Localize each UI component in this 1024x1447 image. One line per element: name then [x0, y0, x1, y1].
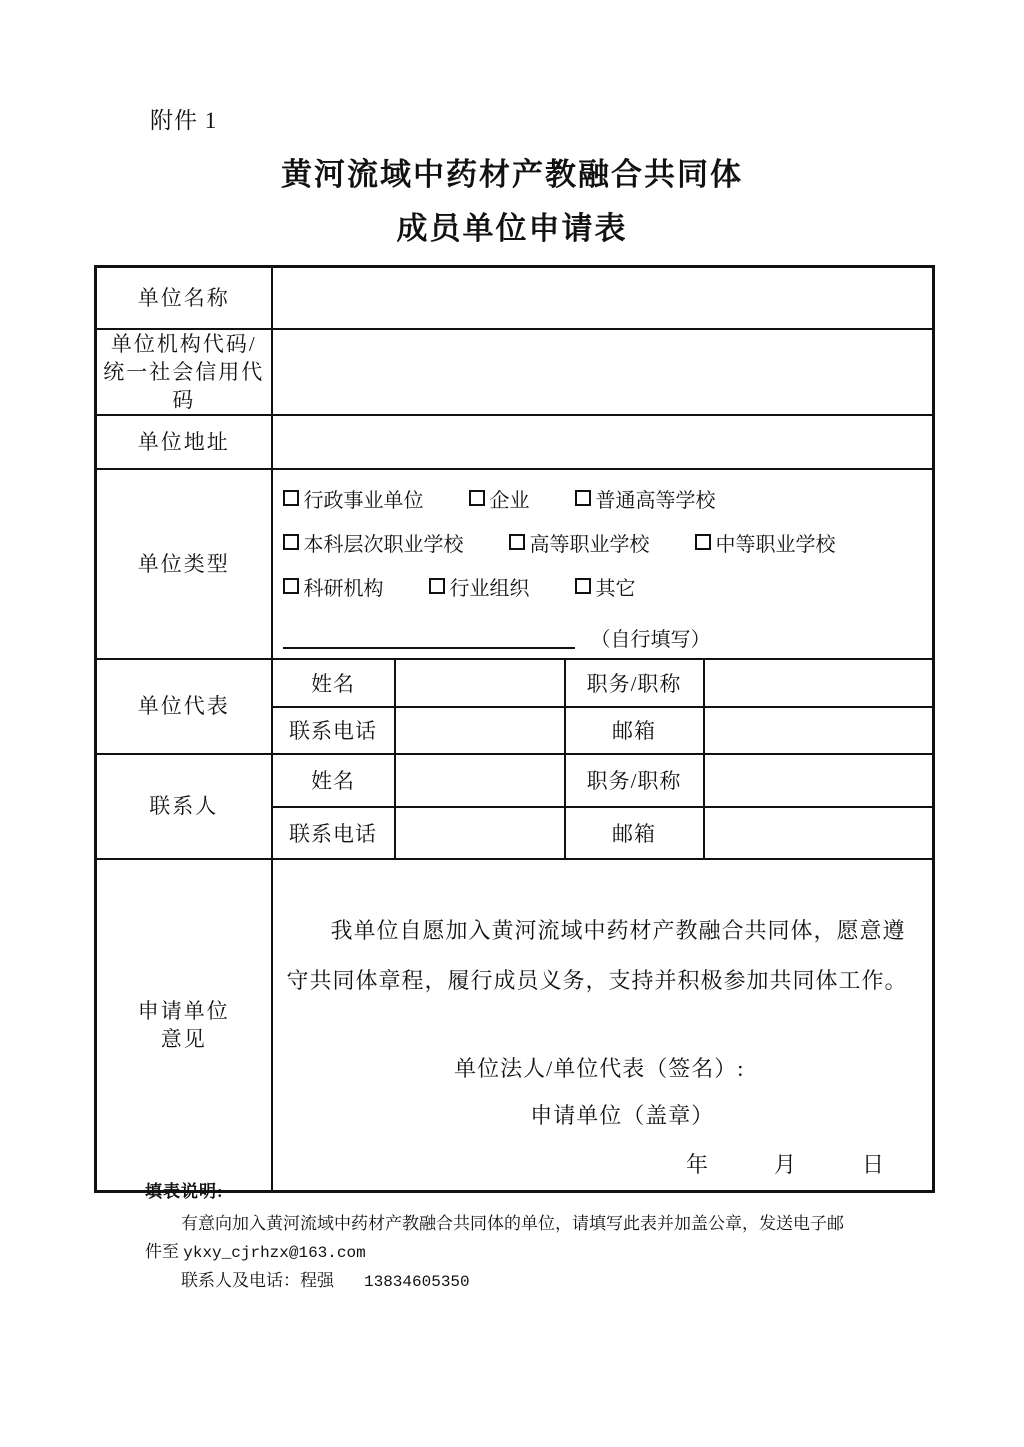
unit-code-label-line2: 统一社会信用代码: [97, 358, 271, 414]
rep-name-label: 姓名: [272, 659, 395, 707]
contact-name-label: 姓名: [272, 754, 395, 807]
checkbox-option-enterprise[interactable]: 企业: [469, 484, 530, 513]
contact-name-field[interactable]: [395, 754, 565, 807]
contact-phone-field[interactable]: [395, 807, 565, 859]
opinion-statement-line2: 守共同体章程，履行成员义务，支持并积极参加共同体工作。: [287, 956, 913, 1006]
opinion-label: 申请单位 意见: [96, 859, 272, 1192]
table-row: 单位代表 姓名 职务/职称: [96, 659, 934, 707]
date-line: 年 月 日: [287, 1148, 913, 1179]
contact-title-label: 职务/职称: [565, 754, 704, 807]
notes-body-line1: 有意向加入黄河流域中药材产教融合共同体的单位，请填写此表并加盖公章，发送电子邮: [145, 1210, 905, 1238]
checkbox-option-undergrad-vocational[interactable]: 本科层次职业学校: [283, 528, 464, 557]
unit-type-label: 单位类型: [96, 469, 272, 659]
other-fill-line: （自行填写）: [283, 623, 933, 652]
checkbox-option-secondary-vocational[interactable]: 中等职业学校: [695, 528, 836, 557]
unit-name-field[interactable]: [272, 267, 934, 329]
rep-email-field[interactable]: [704, 707, 934, 754]
contact-email-label: 邮箱: [565, 807, 704, 859]
unit-rep-label: 单位代表: [96, 659, 272, 754]
rep-phone-label: 联系电话: [272, 707, 395, 754]
checkbox-label: 中等职业学校: [716, 528, 836, 557]
opinion-statement-line1: 我单位自愿加入黄河流域中药材产教融合共同体，愿意遵: [287, 906, 913, 956]
notes-contact-prefix: 联系人及电话：程强: [181, 1271, 334, 1290]
checkbox-label: 高等职业学校: [530, 528, 650, 557]
rep-title-field[interactable]: [704, 659, 934, 707]
unit-type-options-row3: 科研机构 行业组织 其它: [283, 572, 933, 601]
checkbox-option-other[interactable]: 其它: [575, 572, 636, 601]
checkbox-icon[interactable]: [283, 534, 299, 550]
attachment-label: 附件 1: [150, 102, 217, 135]
checkbox-icon[interactable]: [695, 534, 711, 550]
rep-title-label: 职务/职称: [565, 659, 704, 707]
checkbox-option-research[interactable]: 科研机构: [283, 572, 384, 601]
checkbox-label: 企业: [490, 484, 530, 513]
footer-notes: 填表说明: 有意向加入黄河流域中药材产教融合共同体的单位，请填写此表并加盖公章，…: [145, 1178, 905, 1296]
page-title-line1: 黄河流域中药材产教融合共同体: [0, 148, 1024, 202]
unit-type-options-row1: 行政事业单位 企业 普通高等学校: [283, 484, 933, 513]
rep-email-label: 邮箱: [565, 707, 704, 754]
contact-email-field[interactable]: [704, 807, 934, 859]
signature-line: 单位法人/单位代表（签名）:: [287, 1052, 913, 1083]
other-fill-hint: （自行填写）: [591, 623, 711, 652]
unit-code-label: 单位机构代码/ 统一社会信用代码: [96, 329, 272, 415]
table-row: 单位类型 行政事业单位 企业 普通高等学校 本科层次职业学校 高等职业学校 中等…: [96, 469, 934, 659]
checkbox-icon[interactable]: [509, 534, 525, 550]
checkbox-icon[interactable]: [469, 490, 485, 506]
checkbox-label: 普通高等学校: [596, 484, 716, 513]
notes-email: ykxy_cjrhzx@163.com: [183, 1244, 365, 1262]
unit-address-label: 单位地址: [96, 415, 272, 469]
unit-type-options: 行政事业单位 企业 普通高等学校 本科层次职业学校 高等职业学校 中等职业学校 …: [272, 469, 934, 659]
notes-heading: 填表说明:: [145, 1178, 905, 1206]
rep-name-field[interactable]: [395, 659, 565, 707]
page-title: 黄河流域中药材产教融合共同体 成员单位申请表: [0, 148, 1024, 256]
notes-body: 有意向加入黄河流域中药材产教融合共同体的单位，请填写此表并加盖公章，发送电子邮 …: [145, 1210, 905, 1296]
checkbox-icon[interactable]: [283, 578, 299, 594]
rep-phone-field[interactable]: [395, 707, 565, 754]
contact-label: 联系人: [96, 754, 272, 859]
opinion-label-line1: 申请单位: [97, 997, 271, 1025]
checkbox-label: 行业组织: [450, 572, 530, 601]
checkbox-label: 其它: [596, 572, 636, 601]
table-row: 单位名称: [96, 267, 934, 329]
unit-code-label-line1: 单位机构代码/: [97, 330, 271, 358]
checkbox-label: 行政事业单位: [304, 484, 424, 513]
checkbox-option-industry-org[interactable]: 行业组织: [429, 572, 530, 601]
notes-body-line2-prefix: 件至: [145, 1242, 183, 1261]
unit-code-field[interactable]: [272, 329, 934, 415]
opinion-label-line2: 意见: [97, 1025, 271, 1053]
checkbox-icon[interactable]: [575, 490, 591, 506]
checkbox-option-higher-vocational[interactable]: 高等职业学校: [509, 528, 650, 557]
checkbox-icon[interactable]: [575, 578, 591, 594]
seal-line: 申请单位（盖章）: [287, 1099, 913, 1130]
checkbox-label: 科研机构: [304, 572, 384, 601]
page-title-line2: 成员单位申请表: [0, 202, 1024, 256]
table-row: 申请单位 意见 我单位自愿加入黄河流域中药材产教融合共同体，愿意遵 守共同体章程…: [96, 859, 934, 1192]
contact-title-field[interactable]: [704, 754, 934, 807]
notes-body-line2: 件至 ykxy_cjrhzx@163.com: [145, 1238, 905, 1267]
contact-phone-label: 联系电话: [272, 807, 395, 859]
table-row: 联系人 姓名 职务/职称: [96, 754, 934, 807]
opinion-content: 我单位自愿加入黄河流域中药材产教融合共同体，愿意遵 守共同体章程，履行成员义务，…: [272, 859, 934, 1192]
notes-contact-line: 联系人及电话：程强13834605350: [145, 1267, 905, 1296]
checkbox-icon[interactable]: [283, 490, 299, 506]
application-form-table: 单位名称 单位机构代码/ 统一社会信用代码 单位地址 单位类型 行政事业单位: [94, 265, 935, 1193]
unit-name-label: 单位名称: [96, 267, 272, 329]
document-page: 附件 1 黄河流域中药材产教融合共同体 成员单位申请表 单位名称 单位机构代码/…: [0, 0, 1024, 1447]
other-fill-underline[interactable]: [283, 647, 575, 649]
checkbox-label: 本科层次职业学校: [304, 528, 464, 557]
checkbox-option-admin[interactable]: 行政事业单位: [283, 484, 424, 513]
checkbox-option-university[interactable]: 普通高等学校: [575, 484, 716, 513]
checkbox-icon[interactable]: [429, 578, 445, 594]
opinion-statement: 我单位自愿加入黄河流域中药材产教融合共同体，愿意遵 守共同体章程，履行成员义务，…: [287, 906, 913, 1006]
unit-type-options-row2: 本科层次职业学校 高等职业学校 中等职业学校: [283, 528, 933, 557]
table-row: 单位地址: [96, 415, 934, 469]
table-row: 单位机构代码/ 统一社会信用代码: [96, 329, 934, 415]
notes-contact-phone: 13834605350: [364, 1273, 470, 1291]
unit-address-field[interactable]: [272, 415, 934, 469]
